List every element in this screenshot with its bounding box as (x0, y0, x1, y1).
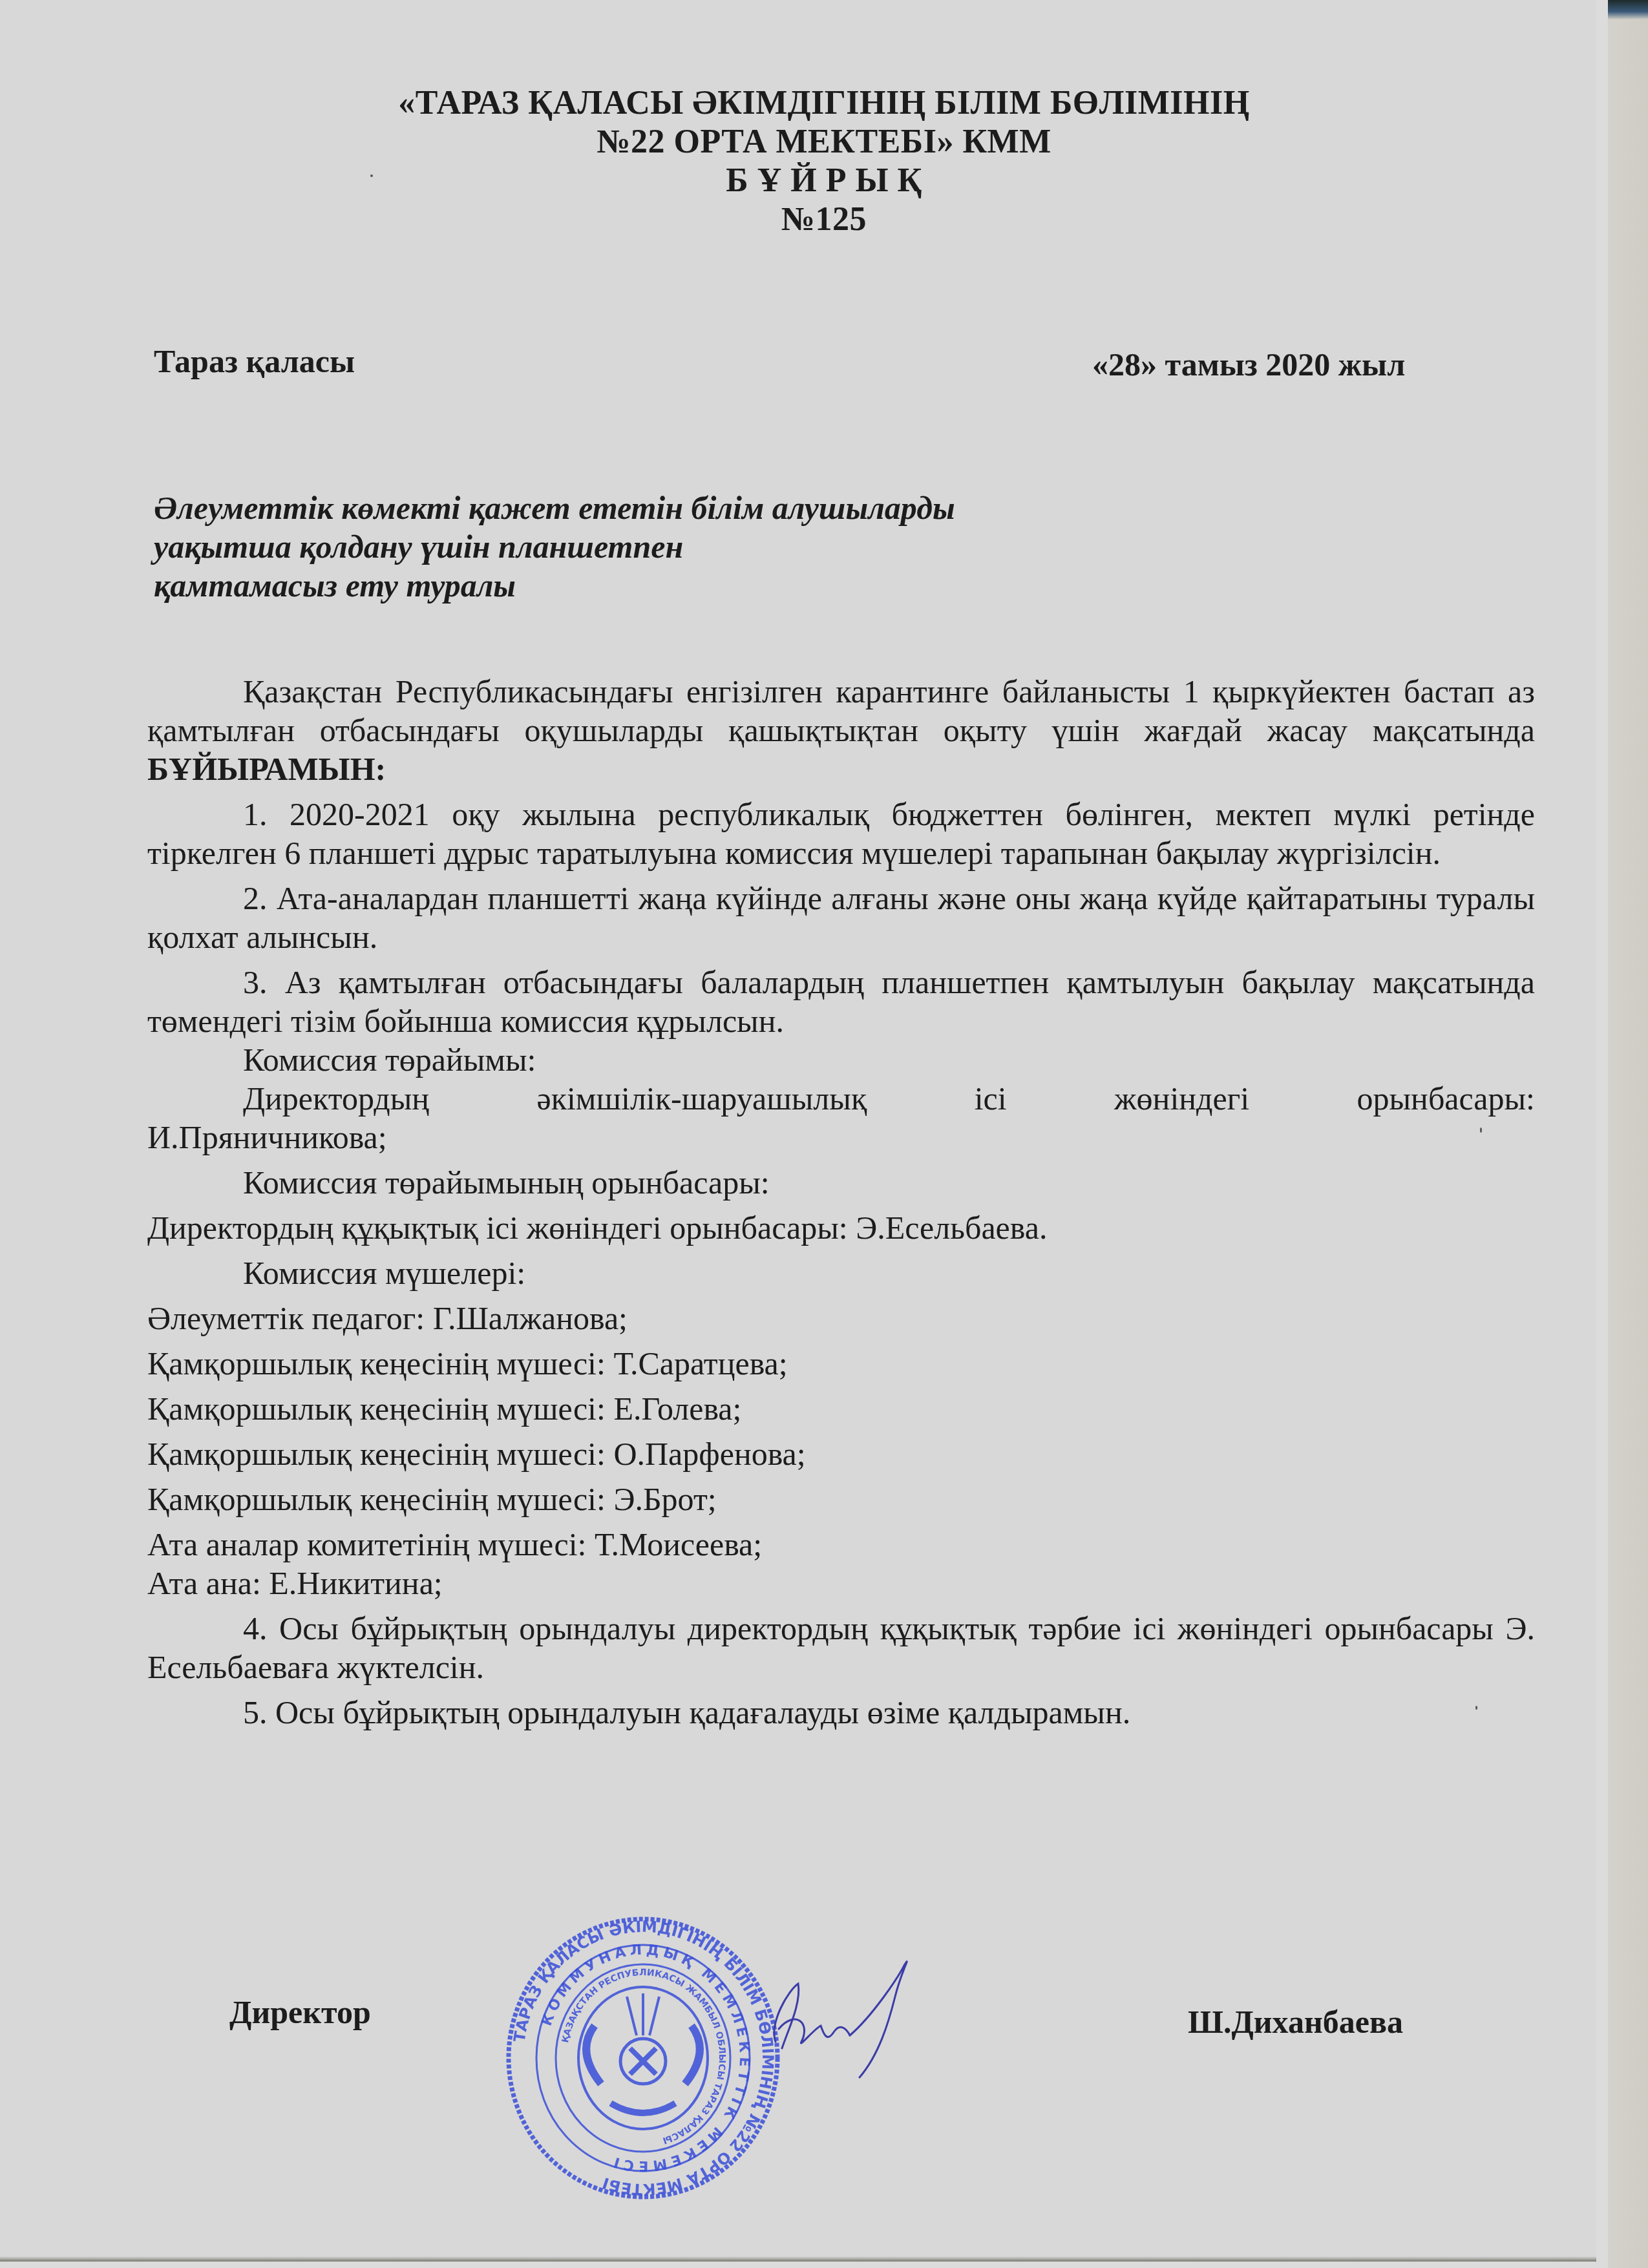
preamble-text: Қазақстан Республикасындағы енгізілген к… (147, 673, 1535, 748)
signatory-name: Ш.Диханбаева (1188, 2003, 1403, 2041)
doc-type: Б Ұ Й Р Ы Қ (0, 162, 1648, 200)
subject-line1: Әлеуметтік көмекті қажет ететін білім ал… (154, 488, 955, 527)
members-heading: Комиссия мүшелері: (147, 1254, 1535, 1292)
item-3: 3. Аз қамтылған отбасындағы балалардың п… (147, 963, 1535, 1040)
deputy-heading: Комиссия төрайымының орынбасары: (147, 1163, 1535, 1202)
handwritten-signature-icon (750, 1951, 956, 2081)
member-1: Әлеуметтік педагог: Г.Шалжанова; (147, 1299, 1535, 1338)
place: Тараз қаласы (154, 342, 355, 380)
scan-speck (1480, 1128, 1482, 1133)
item-4: 4. Осы бұйрықтың орындалуы директордың қ… (147, 1609, 1535, 1686)
item-1: 1. 2020-2021 оқу жылына республикалық бю… (147, 795, 1535, 872)
signatory-title: Директор (229, 1993, 371, 2031)
doc-number: №125 (0, 200, 1648, 239)
scan-edge-dark (1608, 0, 1648, 19)
item-2: 2. Ата-аналардан планшетті жаңа күйінде … (147, 879, 1535, 956)
member-3: Қамқоршылық кеңесінің мүшесі: Е.Голева; (147, 1389, 1535, 1428)
org-name-line2: №22 ОРТА МЕКТЕБІ» КММ (0, 123, 1648, 162)
member-5: Қамқоршылық кеңесінің мүшесі: Э.Брот; (147, 1480, 1535, 1518)
scan-edge-strip (1608, 0, 1648, 2268)
org-name-line1: «ТАРАЗ ҚАЛАСЫ ӘКІМДІГІНІҢ БІЛІМ БӨЛІМІНІ… (0, 84, 1648, 123)
preamble: Қазақстан Республикасындағы енгізілген к… (147, 672, 1535, 788)
member-7: Ата ана: Е.Никитина; (147, 1564, 1535, 1602)
member-6: Ата аналар комитетінің мүшесі: Т.Моисеев… (147, 1525, 1535, 1564)
chair-heading: Комиссия төрайымы: (147, 1040, 1535, 1079)
order-word: БҰЙЫРАМЫН: (147, 751, 386, 787)
item-5: 5. Осы бұйрықтың орындалуын қадағалауды … (147, 1693, 1535, 1732)
subject-line2: уақытша қолдану үшін планшетпен (154, 527, 955, 566)
chair-role: Директордың әкімшілік-шаруашылық ісі жөн… (147, 1079, 1535, 1118)
member-4: Қамқоршылық кеңесінің мүшесі: О.Парфенов… (147, 1434, 1535, 1473)
page-bottom-edge (0, 2256, 1596, 2262)
official-stamp-icon: ТАРАЗ ҚАЛАСЫ ӘКІМДІГІНІҢ БІЛІМ БӨЛІМІНІҢ… (504, 1916, 782, 2200)
member-2: Қамқоршылық кеңесінің мүшесі: Т.Саратцев… (147, 1344, 1535, 1383)
subject-title: Әлеуметтік көмекті қажет ететін білім ал… (154, 488, 955, 605)
date: «28» тамыз 2020 жыл (1092, 346, 1405, 383)
scan-speck (370, 174, 373, 177)
document-page: «ТАРАЗ ҚАЛАСЫ ӘКІМДІГІНІҢ БІЛІМ БӨЛІМІНІ… (0, 0, 1596, 2262)
document-header: «ТАРАЗ ҚАЛАСЫ ӘКІМДІГІНІҢ БІЛІМ БӨЛІМІНІ… (0, 84, 1648, 239)
deputy: Директордың құқықтық ісі жөніндегі орынб… (147, 1208, 1535, 1247)
scan-speck (1475, 1706, 1477, 1710)
document-body: Қазақстан Республикасындағы енгізілген к… (147, 672, 1535, 1732)
subject-line3: қамтамасыз ету туралы (154, 566, 955, 605)
chair-name: И.Пряничникова; (147, 1118, 1535, 1157)
